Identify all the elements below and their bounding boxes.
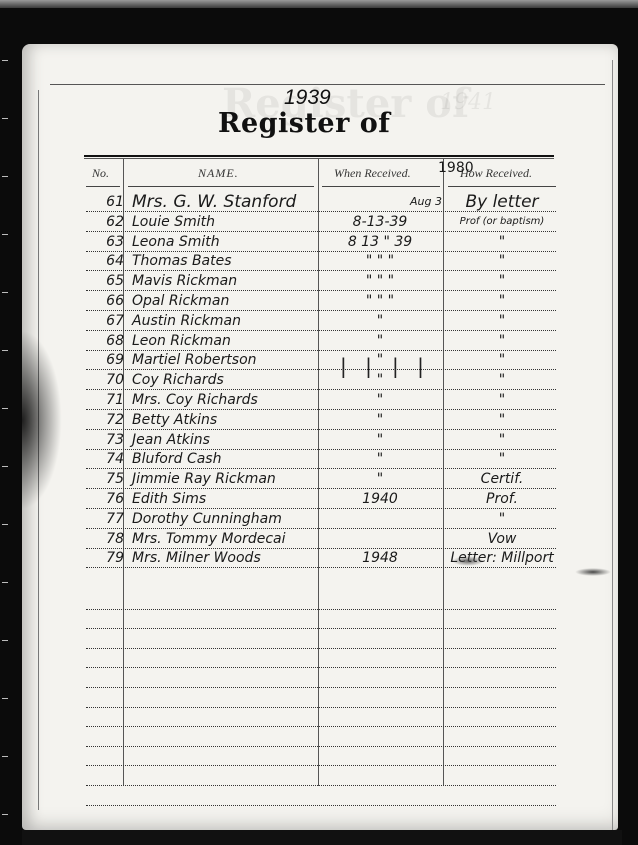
- table-row: 73Jean Atkins"": [86, 430, 556, 450]
- when-received: ": [318, 411, 442, 429]
- ink-smudge-margin: [575, 568, 611, 576]
- how-received: ": [448, 332, 556, 350]
- member-name: Mrs. G. W. Stanford: [132, 193, 296, 211]
- member-name: Louie Smith: [132, 213, 215, 231]
- dotted-ruling-line: [86, 567, 556, 568]
- header-no: No.: [92, 166, 109, 181]
- table-row-empty: [86, 629, 556, 649]
- table-row: 78Mrs. Tommy MordecaiVow: [86, 529, 556, 549]
- row-number: 69: [94, 351, 124, 369]
- scan-ruler: [0, 40, 14, 820]
- scan-bottom-edge: [22, 830, 622, 845]
- table-row: 62Louie Smith8-13-39Prof (or baptism): [86, 212, 556, 232]
- when-received: ": [318, 312, 442, 330]
- member-name: Mrs. Tommy Mordecai: [132, 530, 286, 548]
- table-row: 64Thomas Bates" " "": [86, 251, 556, 271]
- how-received: ": [448, 312, 556, 330]
- when-received: 8 13 " 39: [318, 233, 442, 251]
- row-number: 74: [94, 450, 124, 468]
- ink-smudge: [452, 556, 484, 566]
- when-received: " " ": [318, 272, 442, 290]
- table-row: 75Jimmie Ray Rickman"Certif.: [86, 469, 556, 489]
- how-received: By letter: [448, 193, 556, 211]
- when-received: " " ": [318, 252, 442, 270]
- tally-marks-left: | |: [340, 354, 378, 378]
- how-received: ": [448, 272, 556, 290]
- member-name: Leona Smith: [132, 233, 220, 251]
- table-row: 72Betty Atkins"": [86, 410, 556, 430]
- row-number: 70: [94, 371, 124, 389]
- table-row: 67Austin Rickman"": [86, 311, 556, 331]
- table-row-empty: [86, 746, 556, 766]
- right-page-edge: [612, 60, 613, 830]
- row-number: 67: [94, 312, 124, 330]
- member-name: Mrs. Coy Richards: [132, 391, 258, 409]
- row-number: 65: [94, 272, 124, 290]
- table-row-empty: [86, 727, 556, 747]
- table-row-empty: [86, 648, 556, 668]
- header-top-rule: [84, 155, 554, 157]
- table-row-empty: [86, 590, 556, 610]
- how-received: ": [448, 391, 556, 409]
- when-received: ": [318, 470, 442, 488]
- how-received: ": [448, 450, 556, 468]
- table-row: 71Mrs. Coy Richards"": [86, 390, 556, 410]
- when-received: 1948: [318, 549, 442, 567]
- row-number: 71: [94, 391, 124, 409]
- when-received: ": [318, 431, 442, 449]
- table-row: 74Bluford Cash"": [86, 449, 556, 469]
- table-row: 77Dorothy Cunningham": [86, 509, 556, 529]
- table-row: 70Coy Richards"": [86, 370, 556, 390]
- row-number: 75: [94, 470, 124, 488]
- when-received: ": [318, 450, 442, 468]
- table-row-empty: [86, 688, 556, 708]
- member-name: Thomas Bates: [132, 252, 232, 270]
- row-number: 66: [94, 292, 124, 310]
- when-received: Aug 3: [318, 193, 442, 211]
- row-number: 61: [94, 193, 124, 211]
- member-name: Mrs. Milner Woods: [132, 549, 261, 567]
- member-name: Leon Rickman: [132, 332, 231, 350]
- how-received: ": [448, 371, 556, 389]
- how-received: ": [448, 292, 556, 310]
- member-name: Bluford Cash: [132, 450, 221, 468]
- table-row: 79Mrs. Milner Woods1948Letter: Millport: [86, 548, 556, 568]
- table-row-empty: [86, 707, 556, 727]
- how-received: Prof.: [448, 490, 556, 508]
- table-row: 65Mavis Rickman" " "": [86, 271, 556, 291]
- table-row: 69Martiel Robertson"": [86, 350, 556, 370]
- how-received: Certif.: [448, 470, 556, 488]
- row-number: 63: [94, 233, 124, 251]
- binding-shadow: [22, 330, 62, 510]
- when-received: ": [318, 332, 442, 350]
- how-received: Vow: [448, 530, 556, 548]
- row-number: 78: [94, 530, 124, 548]
- table-row: 63Leona Smith8 13 " 39": [86, 232, 556, 252]
- member-name: Mavis Rickman: [132, 272, 237, 290]
- year-annotation: 1939: [284, 86, 331, 110]
- member-name: Austin Rickman: [132, 312, 241, 330]
- row-number: 76: [94, 490, 124, 508]
- when-received: 8-13-39: [318, 213, 442, 231]
- row-number: 79: [94, 549, 124, 567]
- dotted-ruling-line: [86, 805, 556, 806]
- how-received: Prof (or baptism): [448, 213, 556, 231]
- member-name: Coy Richards: [132, 371, 224, 389]
- table-row-empty: [86, 609, 556, 629]
- table-row-empty: [86, 786, 556, 806]
- row-number: 68: [94, 332, 124, 350]
- table-row: 76Edith Sims1940Prof.: [86, 489, 556, 509]
- header-when-received: When Received.: [334, 166, 411, 181]
- header-top-rule-thin: [84, 158, 554, 159]
- member-name: Opal Rickman: [132, 292, 229, 310]
- how-received: ": [448, 411, 556, 429]
- table-row-empty: [86, 766, 556, 786]
- row-number: 72: [94, 411, 124, 429]
- how-received: ": [448, 252, 556, 270]
- when-received: 1940: [318, 490, 442, 508]
- row-number: 62: [94, 213, 124, 231]
- member-name: Betty Atkins: [132, 411, 217, 429]
- row-number: 73: [94, 431, 124, 449]
- how-received: ": [448, 431, 556, 449]
- header-name: NAME.: [198, 166, 239, 181]
- member-name: Jimmie Ray Rickman: [132, 470, 276, 488]
- table-row: 66Opal Rickman" " "": [86, 291, 556, 311]
- member-name: Martiel Robertson: [132, 351, 257, 369]
- table-row: 68Leon Rickman"": [86, 331, 556, 351]
- row-number: 64: [94, 252, 124, 270]
- row-number: 77: [94, 510, 124, 528]
- tally-marks-right: | |: [392, 354, 430, 378]
- header-rule-when: [322, 186, 440, 187]
- table-row-empty: [86, 668, 556, 688]
- table-row: 61Mrs. G. W. StanfordAug 3By letter: [86, 192, 556, 212]
- header-rule-name: [128, 186, 314, 187]
- page-title: Register of: [218, 108, 390, 139]
- member-name: Edith Sims: [132, 490, 206, 508]
- scanner-top-edge: [0, 0, 638, 8]
- how-received: ": [448, 351, 556, 369]
- member-name: Dorothy Cunningham: [132, 510, 282, 528]
- member-name: Jean Atkins: [132, 431, 210, 449]
- when-received: ": [318, 391, 442, 409]
- header-year-annotation: 1980: [438, 160, 474, 176]
- how-received: ": [448, 510, 556, 528]
- ghost-year: 1941: [440, 90, 496, 115]
- when-received: " " ": [318, 292, 442, 310]
- how-received: ": [448, 233, 556, 251]
- header-rule-how: [448, 186, 556, 187]
- header-rule-no: [86, 186, 120, 187]
